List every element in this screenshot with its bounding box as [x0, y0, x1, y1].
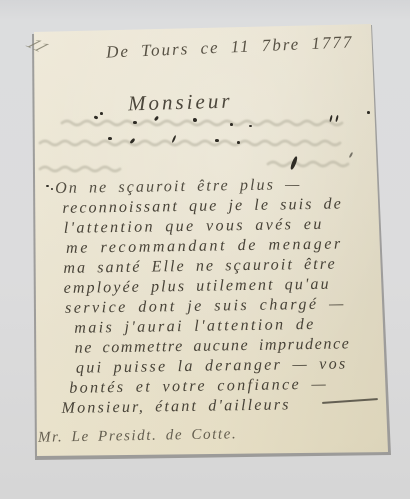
ink-spot [367, 111, 370, 114]
ink-spot [215, 139, 219, 142]
letter-body: On ne sçauroit être plus — reconnoissant… [55, 174, 404, 419]
ink-spot [133, 121, 137, 124]
ink-bleed-through [0, 0, 410, 200]
ink-spot [249, 125, 252, 127]
ink-spot [193, 118, 197, 122]
letter-photograph: 11 De Tours ce 11 7bre 1777 Monsieur On … [0, 0, 410, 499]
ink-spot [108, 137, 112, 140]
ink-spot [51, 188, 53, 190]
addressee-line: Mr. Le Presidt. de Cotte. [38, 426, 238, 446]
ink-spot [237, 141, 240, 144]
ink-spot [230, 123, 233, 126]
ink-spot [100, 112, 103, 115]
ink-spot [46, 185, 49, 187]
